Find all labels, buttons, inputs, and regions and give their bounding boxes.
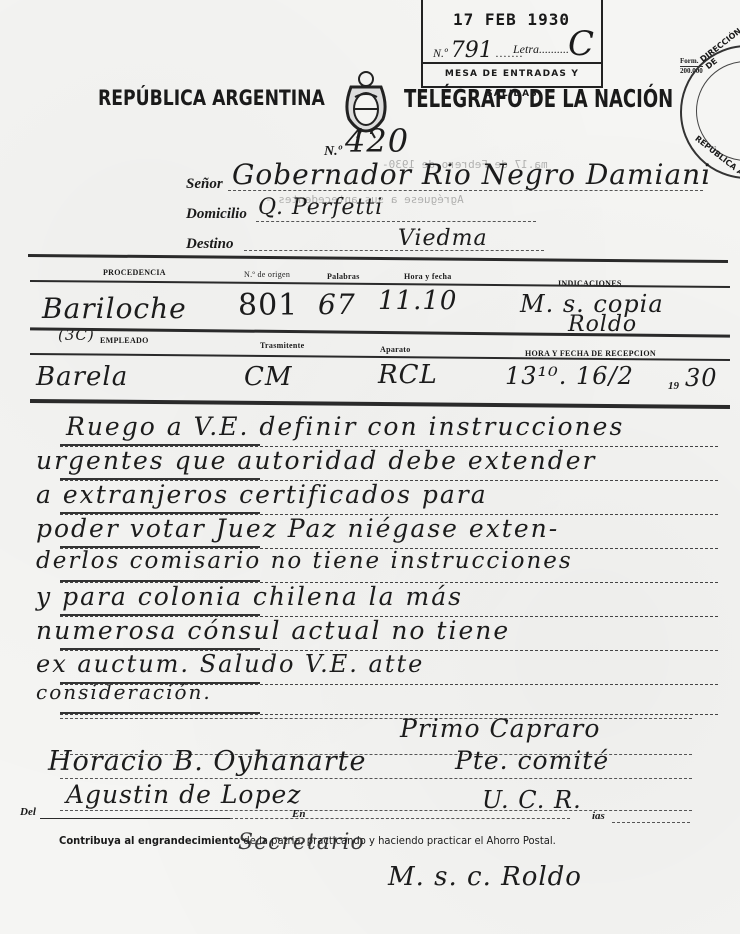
stamp-office: MESA DE ENTRADAS Y SALIDAS xyxy=(423,62,601,84)
aparato-value: RCL xyxy=(378,360,438,390)
del-value: Agustin de Lopez xyxy=(66,780,301,809)
domicilio-rule xyxy=(256,221,536,222)
col-procedencia: PROCEDENCIA xyxy=(103,268,166,277)
stamp-letra: Letra.......... xyxy=(513,42,569,57)
col-palabras: Palabras xyxy=(327,272,360,281)
empleado-value: Barela xyxy=(36,362,128,392)
bottom-annotation: M. s. c. Roldo xyxy=(388,862,582,892)
palabras-value: 67 xyxy=(318,288,356,321)
message-line: consideración. xyxy=(36,680,212,704)
col-numero-origen: N.º de origen xyxy=(244,270,290,279)
message-line: Ruego a V.E. definir con instrucciones xyxy=(66,412,624,441)
numero-origen-value: 801 xyxy=(238,288,298,323)
year-prefix: 19 xyxy=(668,380,679,392)
stamp-number-value: 791 xyxy=(451,38,493,63)
procedencia-value: Bariloche xyxy=(42,292,187,325)
col-trasmitente: Trasmitente xyxy=(260,341,304,350)
signature-name: Horacio B. Oyhanarte xyxy=(48,746,367,777)
message-line: urgentes que autoridad debe extender xyxy=(36,446,596,475)
message-line: numerosa cónsul actual no tiene xyxy=(36,616,510,645)
stamp-number: N.º 791 ....... xyxy=(433,38,524,63)
message-line: ex auctum. Saludo V.E. atte xyxy=(36,650,424,678)
message-line-dash xyxy=(60,714,718,715)
alas-rule xyxy=(612,822,690,823)
recepcion-hora-fecha-value: 13¹⁰. 16/2 xyxy=(505,362,634,390)
senor-value: Gobernador Rio Negro Damiani xyxy=(232,158,711,191)
signature-overwrite: Secretario xyxy=(238,830,365,855)
message-line: poder votar Juez Paz niégase exten- xyxy=(36,514,559,543)
stamp-letra-value: C xyxy=(568,24,594,64)
del-dash-rule xyxy=(230,818,570,819)
signature-title: Pte. comité xyxy=(455,746,609,775)
year-suffix: 30 xyxy=(685,364,718,392)
trasmitente-value: CM xyxy=(244,362,293,392)
destino-label: Destino xyxy=(186,236,234,253)
col-hora-fecha: Hora y fecha xyxy=(404,272,452,281)
header-left-title: REPÚBLICA ARGENTINA xyxy=(98,86,325,110)
destino-value: Viedma xyxy=(398,226,488,251)
message-line: a extranjeros certificados para xyxy=(36,480,488,509)
stamp-date: 17 FEB 1930 xyxy=(453,10,570,29)
alas-label: ias xyxy=(592,810,605,822)
header-right-title: TELÉGRAFO DE LA NACIÓN xyxy=(404,84,673,113)
senor-label: Señor xyxy=(186,176,223,193)
en-value: U. C. R. xyxy=(482,786,582,814)
col-empleado: EMPLEADO xyxy=(100,336,149,345)
domicilio-value: Q. Perfetti xyxy=(258,195,383,220)
sig-rule-3 xyxy=(60,778,692,779)
message-line: derlos comisario no tiene instrucciones xyxy=(36,548,573,574)
hora-fecha-value: 11.10 xyxy=(378,286,457,316)
message-line: y para colonia chilena la más xyxy=(36,582,463,611)
destino-rule xyxy=(244,250,544,251)
reception-stamp: 17 FEB 1930 N.º 791 ....... Letra.......… xyxy=(421,0,603,88)
del-rule xyxy=(40,818,230,819)
telegram-number-value: 420 xyxy=(345,122,409,160)
del-label: Del xyxy=(20,806,36,818)
signature-line1: Primo Capraro xyxy=(400,714,600,743)
en-label: En xyxy=(292,808,305,820)
col-aparato: Aparato xyxy=(380,345,411,354)
domicilio-label: Domicilio xyxy=(186,206,247,223)
